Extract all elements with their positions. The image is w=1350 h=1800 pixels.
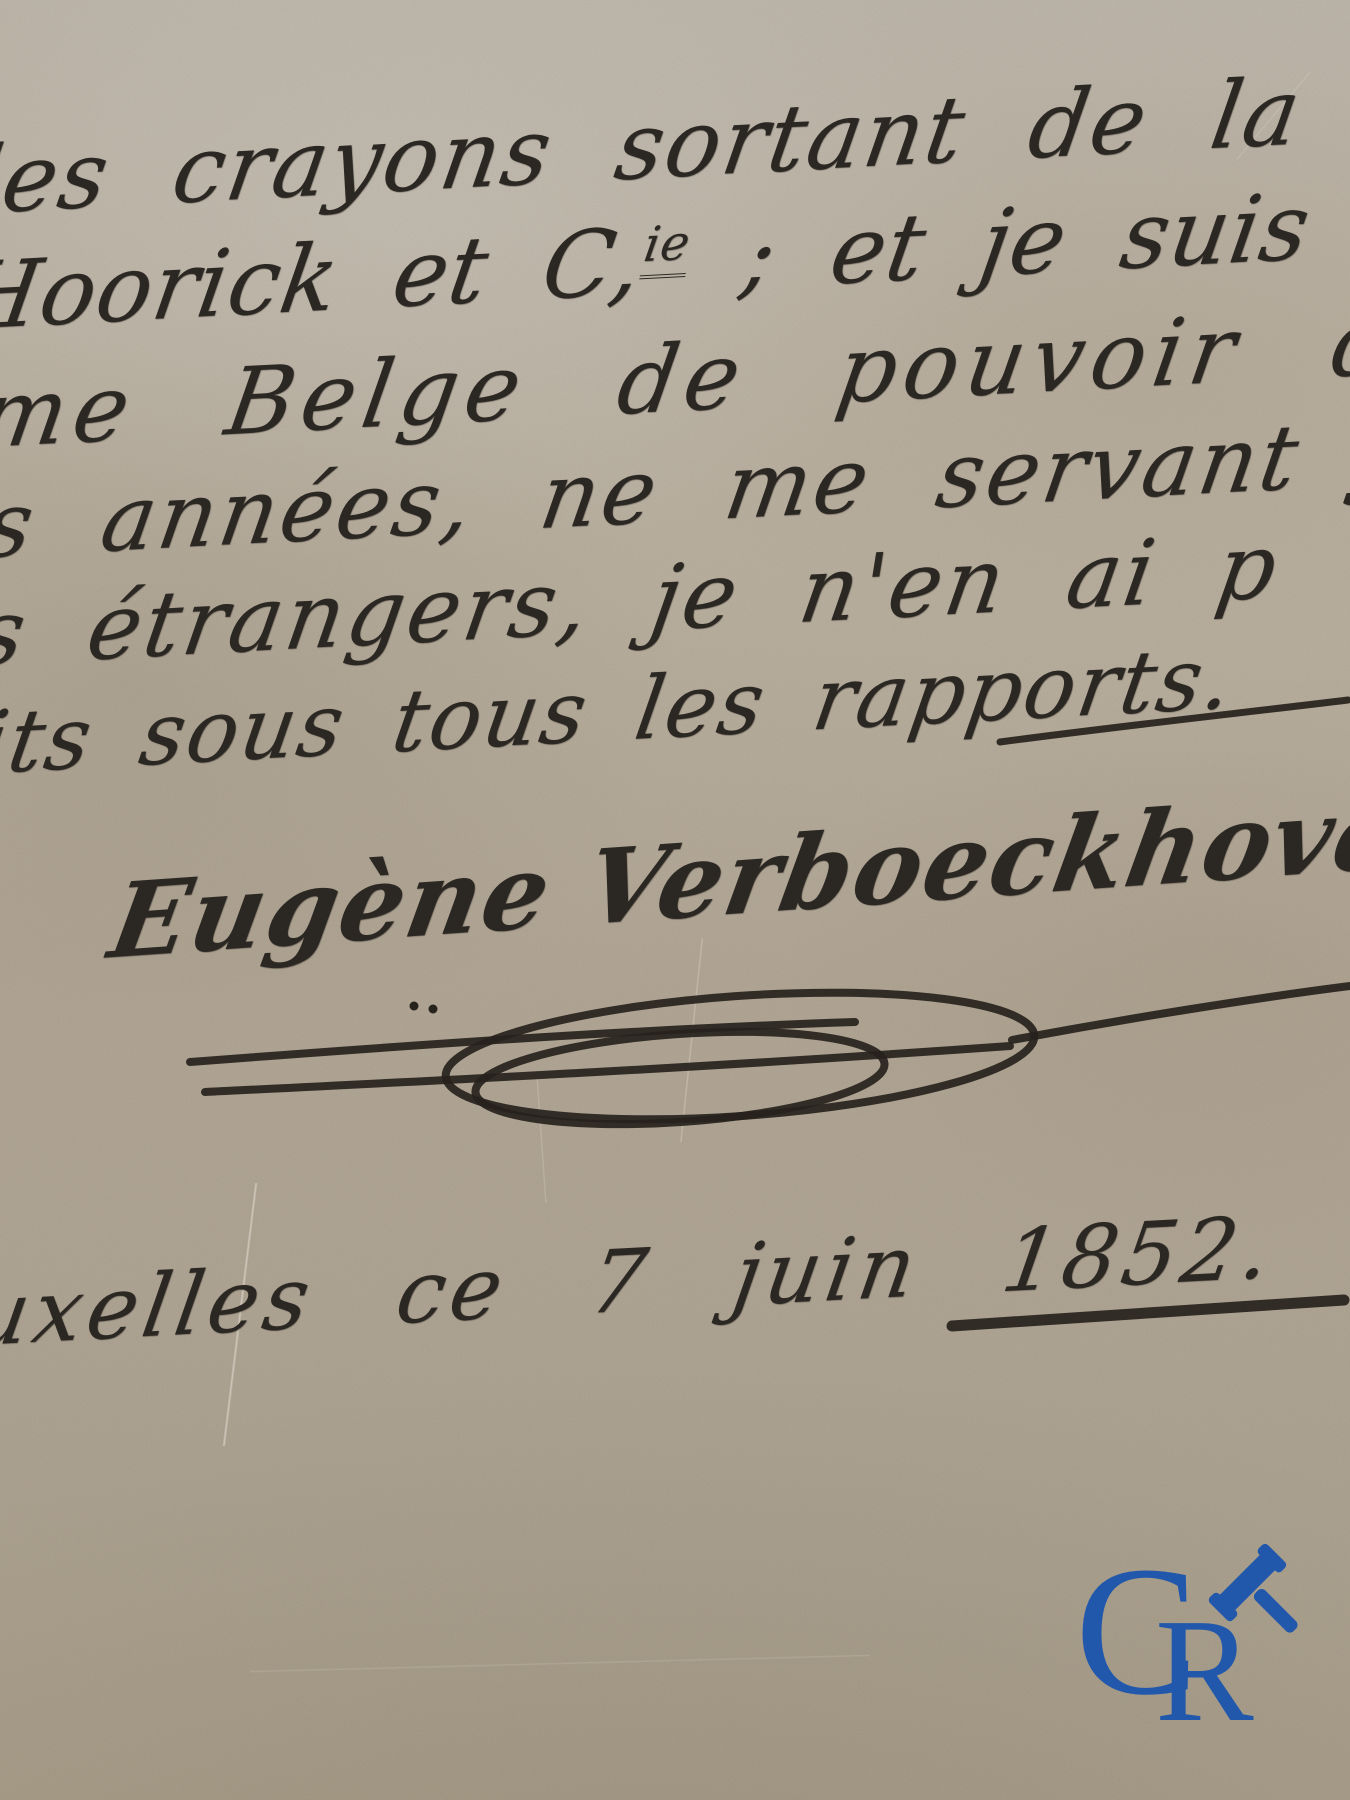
auction-house-watermark: C R (1075, 1545, 1325, 1770)
gavel-icon (1195, 1543, 1303, 1651)
document-photo: les crayons sortant de la fa Hoorick et … (0, 0, 1350, 1800)
